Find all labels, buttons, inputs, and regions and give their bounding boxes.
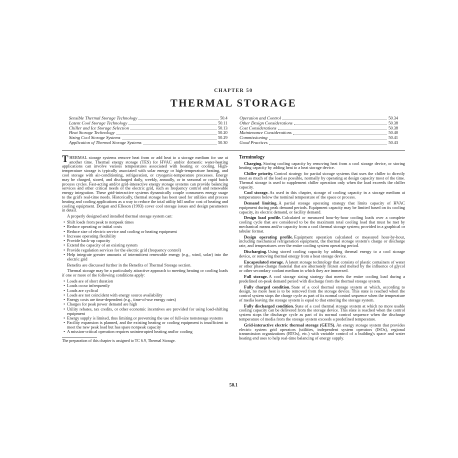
toc-dot-leader	[278, 129, 387, 130]
term-definition: Design operating profile.Equipment opera…	[239, 235, 405, 248]
chapter-label: CHAPTER 50	[62, 84, 405, 94]
term-definition: Chiller priority.Control strategy for pa…	[239, 172, 405, 190]
toc-entry-title: Application of Thermal Storage Systems	[69, 140, 142, 145]
toc-column-left: Sensible Thermal Storage Technology50.4 …	[69, 116, 228, 145]
toc-page-number: 50.30	[218, 140, 228, 145]
conditions-bullet-list: Loads are of short duration Loads occur …	[62, 279, 228, 334]
drop-cap: T	[62, 155, 68, 163]
term-definition: Full storage.A cool storage sizing strat…	[239, 274, 405, 283]
toc-dot-leader	[143, 144, 216, 145]
body-column-right: Terminology Charging.Storing cooling cap…	[239, 155, 405, 343]
toc-dot-leader	[269, 139, 387, 140]
bullet-item: Help integrate greater amounts of interm…	[64, 253, 229, 262]
term-definition: Fully charged condition.State of a cool …	[239, 285, 405, 303]
intro-text: HERMAL storage systems remove heat from …	[62, 155, 228, 213]
toc-row: Application of Thermal Storage Systems50…	[69, 140, 228, 145]
body-column-left: THERMAL storage systems remove heat from…	[62, 155, 228, 343]
toc-entry-title: Good Practices	[240, 140, 268, 145]
document-page: CHAPTER 50 THERMAL STORAGE Sensible Ther…	[62, 84, 405, 414]
page-number: 50.1	[62, 383, 405, 388]
term-text: Storing cooling capacity by removing hea…	[239, 161, 405, 170]
term-definition: Discharging.Using stored cooling capacit…	[239, 249, 405, 258]
toc-page-number: 50.43	[388, 140, 398, 145]
section-heading-terminology: Terminology	[239, 155, 405, 159]
toc-dot-leader	[130, 129, 216, 130]
toc-dot-leader	[129, 125, 217, 126]
term-definition: Cool storage.As used in this chapter, st…	[239, 191, 405, 200]
toc-dot-leader	[282, 120, 387, 121]
bullet-item: Facility expansion is planned, and the e…	[64, 321, 229, 330]
term-definition: Design load profile.Calculated or measur…	[239, 216, 405, 234]
toc-dot-leader	[116, 134, 216, 135]
bullet-item: A mission-critical operation requires un…	[64, 330, 229, 334]
toc-dot-leader	[294, 125, 387, 126]
bullet-item: Utility rebates, tax credits, or other e…	[64, 307, 229, 316]
toc-row: Good Practices50.43	[240, 140, 399, 145]
paragraph: A properly designed and installed therma…	[62, 214, 228, 218]
term-definition: Charging.Storing cooling capacity by rem…	[239, 161, 405, 170]
footnote-text: The preparation of this chapter is assig…	[62, 339, 228, 344]
paragraph: Benefits are discussed further in the Be…	[62, 263, 228, 267]
toc-divider-rule	[62, 150, 405, 151]
footnote-rule	[62, 337, 97, 338]
toc-dot-leader	[293, 134, 387, 135]
toc-dot-leader	[139, 120, 219, 121]
body-columns: THERMAL storage systems remove heat from…	[62, 155, 405, 343]
toc-column-right: Operation and Control50.34 Other Design …	[240, 116, 399, 145]
footnote-block: The preparation of this chapter is assig…	[62, 337, 228, 343]
benefits-bullet-list: Shift loads from peak to nonpeak times R…	[62, 220, 228, 261]
intro-paragraph: THERMAL storage systems remove heat from…	[62, 155, 228, 212]
term-definition: Encapsulated storage.A latent storage te…	[239, 260, 405, 273]
toc-dot-leader	[269, 144, 387, 145]
table-of-contents: Sensible Thermal Storage Technology50.4 …	[62, 116, 405, 145]
term-definition: Demand limiting.A partial storage operat…	[239, 201, 405, 214]
page-title: THERMAL STORAGE	[62, 97, 405, 110]
term-definition: Fully discharged condition.State of a co…	[239, 304, 405, 322]
term-definition: Grid-interactive electric thermal storag…	[239, 323, 405, 341]
paragraph: Thermal storage may be a particularly at…	[62, 269, 228, 278]
